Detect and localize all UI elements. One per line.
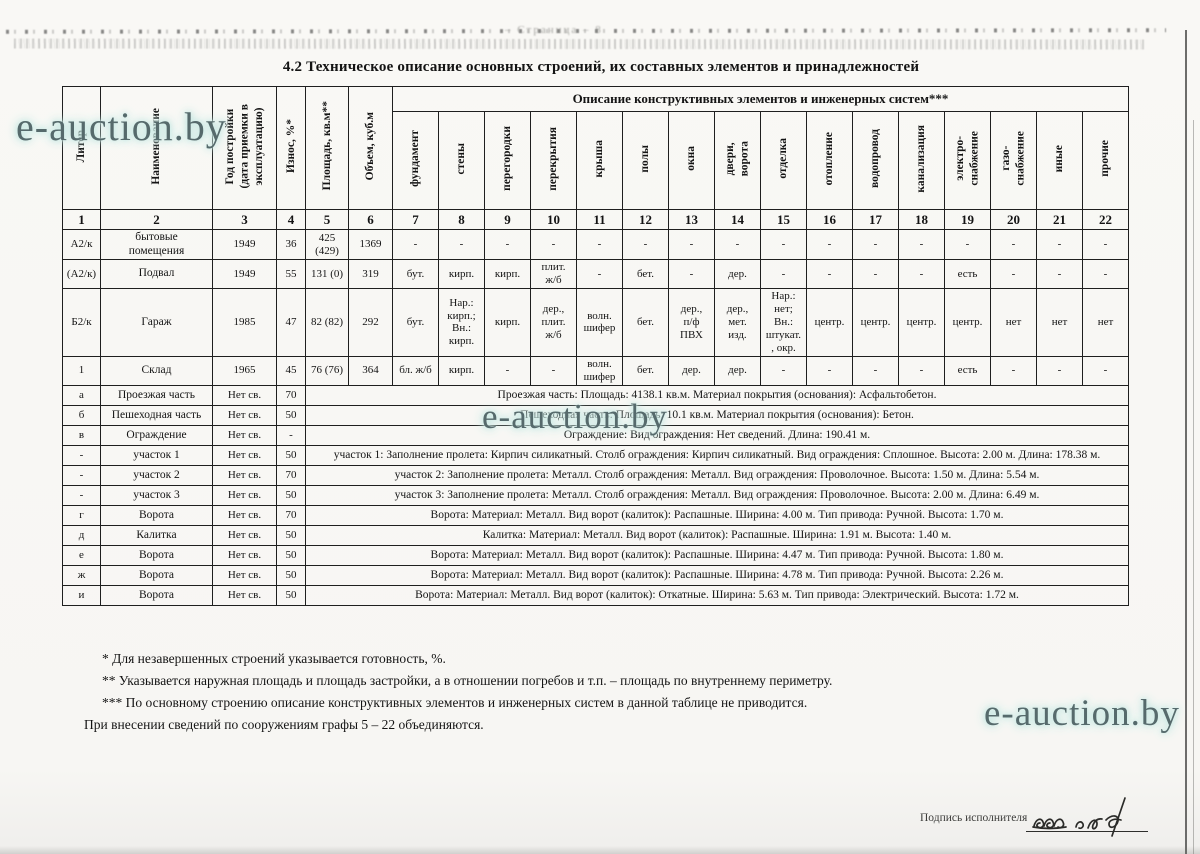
- cell-r2-c4: 55: [277, 260, 306, 289]
- column-number: 1: [63, 210, 101, 230]
- column-number: 14: [715, 210, 761, 230]
- year-cell: Нет св.: [213, 425, 277, 445]
- year-cell: Нет св.: [213, 385, 277, 405]
- scan-edge-line: [1193, 120, 1194, 854]
- column-number: 4: [277, 210, 306, 230]
- year-cell: Нет св.: [213, 505, 277, 525]
- signature-handwriting-icon: [1028, 796, 1148, 840]
- column-number: 16: [807, 210, 853, 230]
- cell-r2-c18: -: [899, 260, 945, 289]
- col-header-label: Наименование: [149, 108, 163, 185]
- name-cell: Калитка: [101, 525, 213, 545]
- year-cell: Нет св.: [213, 565, 277, 585]
- litera-cell: -: [63, 465, 101, 485]
- building-row-1: А2/кбытовые помещения194936425 (429)1369…: [63, 230, 1129, 260]
- cell-r3-c12: бет.: [623, 289, 669, 357]
- structure-row-д: дКалиткаНет св.50Калитка: Материал: Мета…: [63, 525, 1129, 545]
- column-number-row: 12345678910111213141516171819202122: [63, 210, 1129, 230]
- cell-r3-c5: 82 (82): [306, 289, 349, 357]
- cell-r1-c4: 36: [277, 230, 306, 260]
- footnote-1: * Для незавершенных строений указывается…: [84, 648, 1084, 670]
- wear-cell: 70: [277, 385, 306, 405]
- litera-cell: а: [63, 385, 101, 405]
- litera-cell: -: [63, 445, 101, 465]
- description-cell: Ворота: Материал: Металл. Вид ворот (кал…: [306, 585, 1129, 605]
- cell-r4-c18: -: [899, 356, 945, 385]
- cell-r1-c10: -: [531, 230, 577, 260]
- column-number: 13: [669, 210, 715, 230]
- cell-r4-c20: -: [991, 356, 1037, 385]
- cell-r2-c3: 1949: [213, 260, 277, 289]
- cell-r1-c12: -: [623, 230, 669, 260]
- column-number: 22: [1083, 210, 1129, 230]
- cell-r1-c17: -: [853, 230, 899, 260]
- column-number: 8: [439, 210, 485, 230]
- col-header-label: Износ, %*: [284, 119, 298, 173]
- description-cell: Калитка: Материал: Металл. Вид ворот (ка…: [306, 525, 1129, 545]
- tech-table: ЛитерНаименованиеГод постройки (дата при…: [62, 86, 1129, 606]
- cell-r4-c10: -: [531, 356, 577, 385]
- footnote-2: ** Указывается наружная площадь и площад…: [84, 670, 1084, 692]
- col-header-5: Площадь, кв.м**: [306, 87, 349, 210]
- name-cell: Ворота: [101, 545, 213, 565]
- column-number: 11: [577, 210, 623, 230]
- table-body: А2/кбытовые помещения194936425 (429)1369…: [63, 230, 1129, 606]
- col-header-18: канализация: [899, 112, 945, 210]
- col-header-19: электро- снабжение: [945, 112, 991, 210]
- col-header-1: Литер: [63, 87, 101, 210]
- col-header-15: отделка: [761, 112, 807, 210]
- col-header-label: Литер: [74, 130, 88, 162]
- cell-r4-c14: дер.: [715, 356, 761, 385]
- col-header-label: газо- снабжение: [999, 131, 1028, 186]
- col-header-label: перекрытия: [546, 127, 560, 191]
- cell-r1-c19: -: [945, 230, 991, 260]
- name-cell: Ворота: [101, 565, 213, 585]
- name-cell: участок 3: [101, 485, 213, 505]
- description-cell: Ворота: Материал: Металл. Вид ворот (кал…: [306, 565, 1129, 585]
- scanned-page: – Страница – 8 4.2 Техническое описание …: [0, 0, 1200, 854]
- column-number: 2: [101, 210, 213, 230]
- cell-r4-c22: -: [1083, 356, 1129, 385]
- table-head: ЛитерНаименованиеГод постройки (дата при…: [63, 87, 1129, 230]
- structure-row-б: бПешеходная частьНет св.50Пешеходная час…: [63, 405, 1129, 425]
- cell-r3-c11: волн. шифер: [577, 289, 623, 357]
- cell-r2-c10: плит. ж/б: [531, 260, 577, 289]
- section-title: 4.2 Техническое описание основных строен…: [62, 59, 1140, 76]
- wear-cell: 50: [277, 405, 306, 425]
- cell-r4-c8: кирп.: [439, 356, 485, 385]
- wear-cell: 50: [277, 525, 306, 545]
- wear-cell: 70: [277, 505, 306, 525]
- litera-cell: -: [63, 485, 101, 505]
- cell-r2-c20: -: [991, 260, 1037, 289]
- cell-r4-c21: -: [1037, 356, 1083, 385]
- cell-r3-c2: Гараж: [101, 289, 213, 357]
- col-header-7: фундамент: [393, 112, 439, 210]
- cell-r1-c22: -: [1083, 230, 1129, 260]
- cell-r4-c19: есть: [945, 356, 991, 385]
- structure-row-и: иВоротаНет св.50Ворота: Материал: Металл…: [63, 585, 1129, 605]
- cell-r1-c15: -: [761, 230, 807, 260]
- cell-r4-c4: 45: [277, 356, 306, 385]
- col-header-label: окна: [684, 146, 698, 171]
- wear-cell: -: [277, 425, 306, 445]
- signature-block: Подпись исполнителя: [920, 802, 1180, 842]
- col-header-label: водопровод: [868, 129, 882, 188]
- cell-r3-c1: Б2/к: [63, 289, 101, 357]
- column-number: 9: [485, 210, 531, 230]
- cell-r2-c13: -: [669, 260, 715, 289]
- scan-noise-band: [14, 39, 1144, 50]
- header-row-top: ЛитерНаименованиеГод постройки (дата при…: [63, 87, 1129, 112]
- cell-r1-c5: 425 (429): [306, 230, 349, 260]
- year-cell: Нет св.: [213, 465, 277, 485]
- column-number: 19: [945, 210, 991, 230]
- column-number: 7: [393, 210, 439, 230]
- year-cell: Нет св.: [213, 545, 277, 565]
- col-header-12: полы: [623, 112, 669, 210]
- cell-r3-c7: бут.: [393, 289, 439, 357]
- name-cell: Ворота: [101, 585, 213, 605]
- cell-r2-c12: бет.: [623, 260, 669, 289]
- cell-r2-c6: 319: [349, 260, 393, 289]
- wear-cell: 50: [277, 445, 306, 465]
- cell-r3-c3: 1985: [213, 289, 277, 357]
- col-header-6: Объем, куб.м: [349, 87, 393, 210]
- col-header-label: прочие: [1098, 140, 1112, 177]
- wear-cell: 70: [277, 465, 306, 485]
- col-header-11: крыша: [577, 112, 623, 210]
- cell-r3-c16: центр.: [807, 289, 853, 357]
- col-header-9: перегородки: [485, 112, 531, 210]
- cell-r4-c12: бет.: [623, 356, 669, 385]
- litera-cell: в: [63, 425, 101, 445]
- cell-r2-c22: -: [1083, 260, 1129, 289]
- description-cell: участок 3: Заполнение пролета: Металл. С…: [306, 485, 1129, 505]
- col-header-label: стены: [454, 143, 468, 174]
- column-number: 3: [213, 210, 277, 230]
- col-header-17: водопровод: [853, 112, 899, 210]
- wear-cell: 50: [277, 585, 306, 605]
- cell-r3-c22: нет: [1083, 289, 1129, 357]
- cell-r1-c20: -: [991, 230, 1037, 260]
- cell-r4-c1: 1: [63, 356, 101, 385]
- cell-r2-c1: (А2/к): [63, 260, 101, 289]
- cell-r3-c15: Нар.: нет; Вн.: штукат. , окр.: [761, 289, 807, 357]
- wear-cell: 50: [277, 565, 306, 585]
- col-header-3: Год постройки (дата приемки в эксплуатац…: [213, 87, 277, 210]
- cell-r1-c3: 1949: [213, 230, 277, 260]
- scan-page-number-artifact: – Страница – 8: [505, 24, 603, 36]
- description-cell: участок 2: Заполнение пролета: Металл. С…: [306, 465, 1129, 485]
- structure-row-ж: жВоротаНет св.50Ворота: Материал: Металл…: [63, 565, 1129, 585]
- cell-r3-c4: 47: [277, 289, 306, 357]
- name-cell: Ворота: [101, 505, 213, 525]
- litera-cell: е: [63, 545, 101, 565]
- scan-edge-line: [1185, 30, 1187, 854]
- column-number: 15: [761, 210, 807, 230]
- cell-r4-c7: бл. ж/б: [393, 356, 439, 385]
- signature-label: Подпись исполнителя: [920, 812, 1027, 824]
- cell-r3-c20: нет: [991, 289, 1037, 357]
- cell-r1-c8: -: [439, 230, 485, 260]
- name-cell: участок 2: [101, 465, 213, 485]
- year-cell: Нет св.: [213, 525, 277, 545]
- year-cell: Нет св.: [213, 445, 277, 465]
- year-cell: Нет св.: [213, 485, 277, 505]
- building-row-3: Б2/кГараж19854782 (82)292бут.Нар.: кирп.…: [63, 289, 1129, 357]
- structure-row-г: гВоротаНет св.70Ворота: Материал: Металл…: [63, 505, 1129, 525]
- col-header-label: перегородки: [500, 126, 514, 191]
- col-header-13: окна: [669, 112, 715, 210]
- cell-r1-c1: А2/к: [63, 230, 101, 260]
- col-header-22: прочие: [1083, 112, 1129, 210]
- name-cell: Проезжая часть: [101, 385, 213, 405]
- cell-r3-c10: дер., плит. ж/б: [531, 289, 577, 357]
- structure-row-в: вОграждениеНет св.-Ограждение: Вид ограж…: [63, 425, 1129, 445]
- col-header-16: отопление: [807, 112, 853, 210]
- column-number: 21: [1037, 210, 1083, 230]
- litera-cell: б: [63, 405, 101, 425]
- col-header-10: перекрытия: [531, 112, 577, 210]
- cell-r1-c6: 1369: [349, 230, 393, 260]
- cell-r4-c17: -: [853, 356, 899, 385]
- col-header-20: газо- снабжение: [991, 112, 1037, 210]
- column-number: 17: [853, 210, 899, 230]
- col-header-label: двери, ворота: [723, 141, 752, 176]
- cell-r3-c8: Нар.: кирп.; Вн.: кирп.: [439, 289, 485, 357]
- col-header-4: Износ, %*: [277, 87, 306, 210]
- footnote-3: *** По основному строению описание конст…: [84, 692, 1084, 714]
- col-header-2: Наименование: [101, 87, 213, 210]
- structure-row--: -участок 1Нет св.50участок 1: Заполнение…: [63, 445, 1129, 465]
- cell-r3-c9: кирп.: [485, 289, 531, 357]
- litera-cell: г: [63, 505, 101, 525]
- col-header-8: стены: [439, 112, 485, 210]
- cell-r3-c17: центр.: [853, 289, 899, 357]
- building-row-2: (А2/к)Подвал194955131 (0)319бут.кирп.кир…: [63, 260, 1129, 289]
- cell-r4-c16: -: [807, 356, 853, 385]
- cell-r1-c7: -: [393, 230, 439, 260]
- cell-r2-c17: -: [853, 260, 899, 289]
- litera-cell: и: [63, 585, 101, 605]
- page-bottom-shadow: [0, 846, 1200, 854]
- building-row-4: 1Склад19654576 (76)364бл. ж/бкирп.--волн…: [63, 356, 1129, 385]
- structure-row--: -участок 3Нет св.50участок 3: Заполнение…: [63, 485, 1129, 505]
- column-number: 10: [531, 210, 577, 230]
- name-cell: участок 1: [101, 445, 213, 465]
- cell-r1-c13: -: [669, 230, 715, 260]
- cell-r2-c9: кирп.: [485, 260, 531, 289]
- col-header-label: иные: [1052, 145, 1066, 172]
- cell-r4-c15: -: [761, 356, 807, 385]
- cell-r4-c5: 76 (76): [306, 356, 349, 385]
- structure-row-а: аПроезжая частьНет св.70Проезжая часть: …: [63, 385, 1129, 405]
- col-header-label: канализация: [914, 125, 928, 193]
- cell-r2-c19: есть: [945, 260, 991, 289]
- col-header-21: иные: [1037, 112, 1083, 210]
- cell-r2-c14: дер.: [715, 260, 761, 289]
- col-header-14: двери, ворота: [715, 112, 761, 210]
- col-header-label: крыша: [592, 140, 606, 177]
- cell-r2-c5: 131 (0): [306, 260, 349, 289]
- cell-r1-c11: -: [577, 230, 623, 260]
- description-cell: участок 1: Заполнение пролета: Кирпич си…: [306, 445, 1129, 465]
- description-cell: Проезжая часть: Площадь: 4138.1 кв.м. Ма…: [306, 385, 1129, 405]
- cell-r1-c14: -: [715, 230, 761, 260]
- cell-r1-c16: -: [807, 230, 853, 260]
- col-header-label: Год постройки (дата приемки в эксплуатац…: [223, 104, 266, 188]
- cell-r4-c3: 1965: [213, 356, 277, 385]
- cell-r4-c6: 364: [349, 356, 393, 385]
- year-cell: Нет св.: [213, 585, 277, 605]
- column-number: 12: [623, 210, 669, 230]
- group-header: Описание конструктивных элементов и инже…: [393, 87, 1129, 112]
- cell-r4-c9: -: [485, 356, 531, 385]
- col-header-label: полы: [638, 145, 652, 173]
- cell-r4-c2: Склад: [101, 356, 213, 385]
- name-cell: Ограждение: [101, 425, 213, 445]
- wear-cell: 50: [277, 485, 306, 505]
- cell-r1-c18: -: [899, 230, 945, 260]
- description-cell: Ворота: Материал: Металл. Вид ворот (кал…: [306, 545, 1129, 565]
- litera-cell: д: [63, 525, 101, 545]
- col-header-label: Площадь, кв.м**: [320, 101, 334, 190]
- cell-r2-c8: кирп.: [439, 260, 485, 289]
- cell-r2-c16: -: [807, 260, 853, 289]
- cell-r1-c21: -: [1037, 230, 1083, 260]
- description-cell: Ворота: Материал: Металл. Вид ворот (кал…: [306, 505, 1129, 525]
- cell-r3-c21: нет: [1037, 289, 1083, 357]
- cell-r1-c2: бытовые помещения: [101, 230, 213, 260]
- cell-r2-c15: -: [761, 260, 807, 289]
- year-cell: Нет св.: [213, 405, 277, 425]
- cell-r2-c21: -: [1037, 260, 1083, 289]
- col-header-label: электро- снабжение: [953, 131, 982, 186]
- litera-cell: ж: [63, 565, 101, 585]
- col-header-label: отопление: [822, 132, 836, 185]
- column-number: 18: [899, 210, 945, 230]
- col-header-label: фундамент: [408, 130, 422, 187]
- description-cell: Ограждение: Вид ограждения: Нет сведений…: [306, 425, 1129, 445]
- column-number: 6: [349, 210, 393, 230]
- cell-r2-c11: -: [577, 260, 623, 289]
- cell-r4-c11: волн. шифер: [577, 356, 623, 385]
- cell-r4-c13: дер.: [669, 356, 715, 385]
- cell-r2-c2: Подвал: [101, 260, 213, 289]
- footnotes: * Для незавершенных строений указывается…: [84, 648, 1084, 737]
- col-header-label: Объем, куб.м: [363, 112, 377, 180]
- cell-r1-c9: -: [485, 230, 531, 260]
- description-cell: Пешеходная часть: Площадь: 10.1 кв.м. Ма…: [306, 405, 1129, 425]
- structure-row-е: еВоротаНет св.50Ворота: Материал: Металл…: [63, 545, 1129, 565]
- table-wrapper: ЛитерНаименованиеГод постройки (дата при…: [62, 86, 1129, 606]
- cell-r2-c7: бут.: [393, 260, 439, 289]
- merge-note: При внесении сведений по сооружениям гра…: [84, 714, 1084, 736]
- structure-row--: -участок 2Нет св.70участок 2: Заполнение…: [63, 465, 1129, 485]
- cell-r3-c19: центр.: [945, 289, 991, 357]
- cell-r3-c13: дер., п/ф ПВХ: [669, 289, 715, 357]
- column-number: 20: [991, 210, 1037, 230]
- cell-r3-c18: центр.: [899, 289, 945, 357]
- column-number: 5: [306, 210, 349, 230]
- wear-cell: 50: [277, 545, 306, 565]
- col-header-label: отделка: [776, 138, 790, 179]
- cell-r3-c14: дер., мет. изд.: [715, 289, 761, 357]
- name-cell: Пешеходная часть: [101, 405, 213, 425]
- cell-r3-c6: 292: [349, 289, 393, 357]
